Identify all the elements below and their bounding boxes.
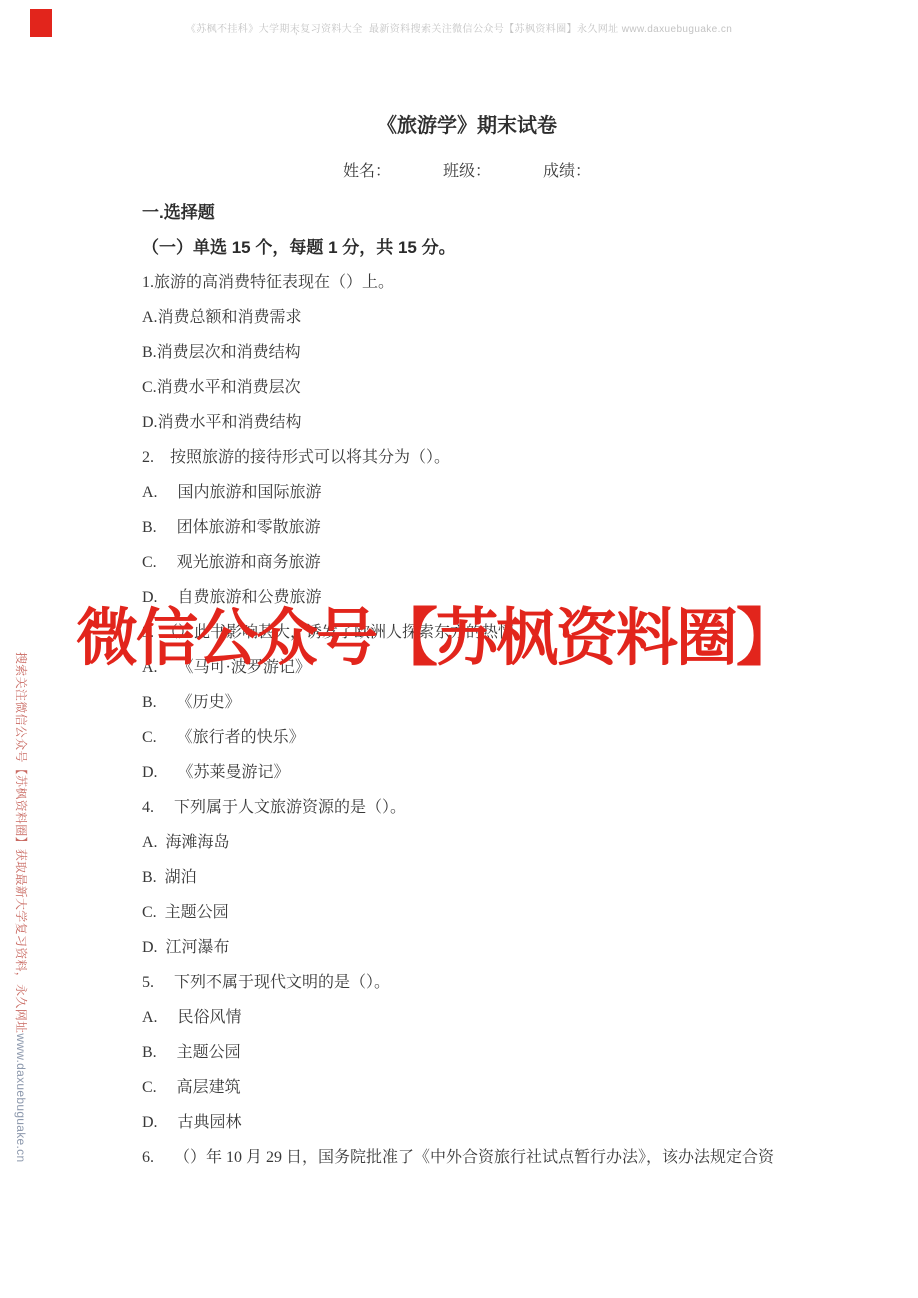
question-text: 4. 下列属于人文旅游资源的是（）。 bbox=[142, 790, 792, 825]
header-stray-mark: ’ bbox=[295, 31, 297, 43]
watermark-center-text: 微信公众号【苏枫资料圈】 bbox=[76, 603, 796, 675]
score-label: 成绩： bbox=[543, 163, 591, 180]
option-text: A.消费总额和消费需求 bbox=[142, 300, 792, 335]
option-text: B. 主题公园 bbox=[142, 1035, 792, 1070]
document-page: 《苏枫不挂科》大学期末复习资料大全 最新资料搜索关注微信公众号【苏枫资料圈】永久… bbox=[0, 0, 918, 1298]
section-subheading: （一）单选 15 个，每题 1 分，共 15 分。 bbox=[142, 230, 792, 265]
option-text: B.消费层次和消费结构 bbox=[142, 335, 792, 370]
option-text: A. 海滩海岛 bbox=[142, 825, 792, 860]
question-text: 6. （）年 10 月 29 日，国务院批准了《中外合资旅行社试点暂行办法》，该… bbox=[142, 1140, 792, 1175]
option-text: C. 《旅行者的快乐》 bbox=[142, 720, 792, 755]
watermark-left-red-text: 搜索关注微信公众号【苏枫资料圈】获取最新大学复习资料，永久网址 bbox=[14, 652, 28, 1033]
exam-meta-line: 姓名： 班级： 成绩： bbox=[142, 148, 792, 195]
option-text: D.消费水平和消费结构 bbox=[142, 405, 792, 440]
question-text: 5. 下列不属于现代文明的是（）。 bbox=[142, 965, 792, 1000]
watermark-left-vertical: 搜索关注微信公众号【苏枫资料圈】获取最新大学复习资料，永久网址www.daxue… bbox=[13, 652, 30, 1162]
question-text: 2. 按照旅游的接待形式可以将其分为（）。 bbox=[142, 440, 792, 475]
option-text: C. 主题公园 bbox=[142, 895, 792, 930]
option-text: B. 湖泊 bbox=[142, 860, 792, 895]
section-heading: 一.选择题 bbox=[142, 195, 792, 230]
questions-list: 1.旅游的高消费特征表现在（）上。A.消费总额和消费需求B.消费层次和消费结构C… bbox=[142, 265, 792, 1175]
option-text: B. 《历史》 bbox=[142, 685, 792, 720]
option-text: C. 高层建筑 bbox=[142, 1070, 792, 1105]
option-text: D. 江河瀑布 bbox=[142, 930, 792, 965]
option-text: B. 团体旅游和零散旅游 bbox=[142, 510, 792, 545]
exam-title: 《旅游学》期末试卷 bbox=[142, 104, 792, 148]
option-text: C.消费水平和消费层次 bbox=[142, 370, 792, 405]
watermark-left-url: www.daxuebuguake.cn bbox=[14, 1033, 28, 1162]
class-label: 班级： bbox=[443, 163, 491, 180]
question-text: 1.旅游的高消费特征表现在（）上。 bbox=[142, 265, 792, 300]
name-label: 姓名： bbox=[343, 163, 391, 180]
option-text: D. 《苏莱曼游记》 bbox=[142, 755, 792, 790]
option-text: A. 国内旅游和国际旅游 bbox=[142, 475, 792, 510]
header-promo-text: 《苏枫不挂科》大学期末复习资料大全 最新资料搜索关注微信公众号【苏枫资料圈】永久… bbox=[0, 20, 918, 35]
option-text: C. 观光旅游和商务旅游 bbox=[142, 545, 792, 580]
option-text: A. 民俗风情 bbox=[142, 1000, 792, 1035]
option-text: D. 古典园林 bbox=[142, 1105, 792, 1140]
